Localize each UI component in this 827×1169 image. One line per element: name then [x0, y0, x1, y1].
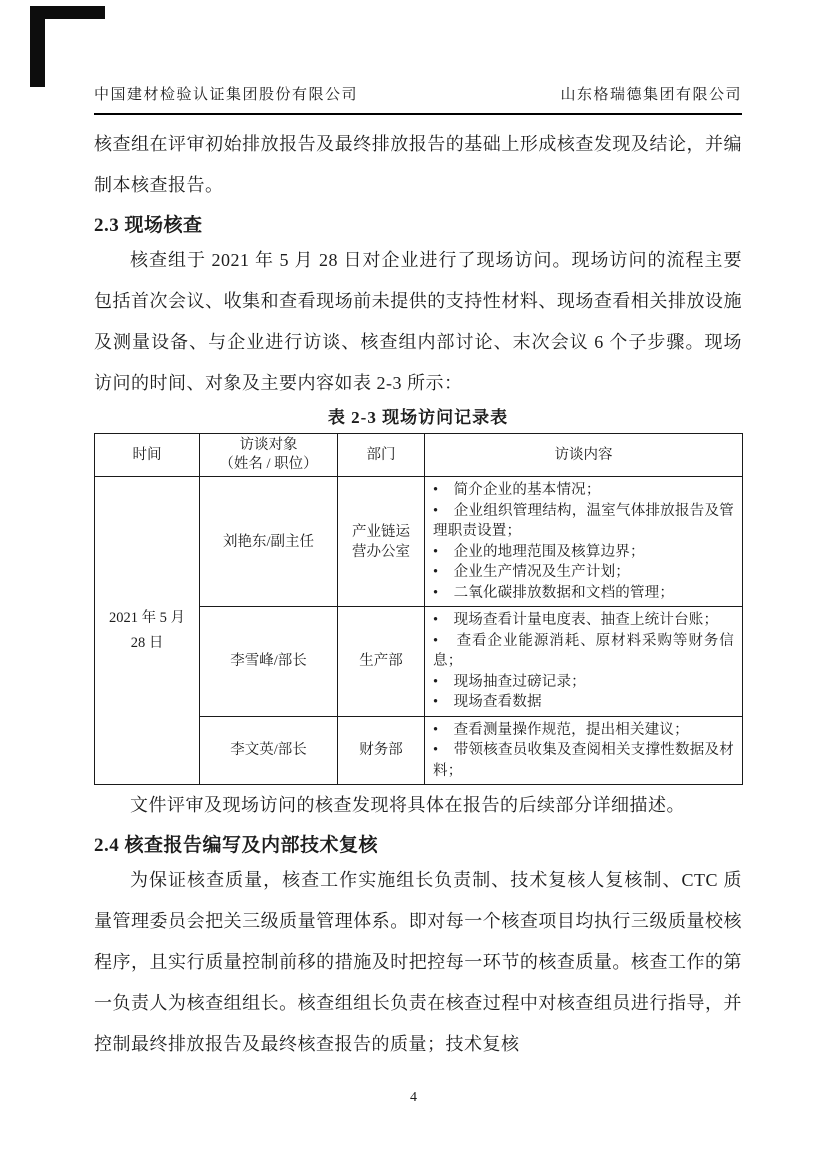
table-2-3-title: 表 2-3 现场访问记录表	[94, 405, 742, 431]
interviewee-name: 刘艳东/副主任	[200, 477, 338, 607]
bullet-item: 现场抽查过磅记录；	[433, 672, 734, 693]
page-content: 中国建材检验认证集团股份有限公司 山东格瑞德集团有限公司 核查组在评审初始排放报…	[94, 0, 742, 1065]
interviewee-name: 李雪峰/部长	[200, 607, 338, 717]
col-header-content: 访谈内容	[425, 434, 743, 477]
interviewee-name: 李文英/部长	[200, 716, 338, 785]
col-header-subject-line1: 访谈对象	[202, 436, 335, 455]
bullet-item: 简介企业的基本情况；	[433, 480, 734, 501]
scan-artifact-corner-mark	[30, 6, 105, 87]
bullet-item: 企业的地理范围及核算边界；	[433, 542, 734, 563]
bullet-item: 带领核查员收集及查阅相关支撑性数据及材料；	[433, 740, 734, 781]
bullet-item: 查看测量操作规范，提出相关建议；	[433, 720, 734, 741]
interviewee-department: 财务部	[338, 716, 425, 785]
section-2-3-heading: 2.3 现场核查	[94, 212, 742, 240]
bullet-item: 查看企业能源消耗、原材料采购等财务信息；	[433, 631, 734, 672]
bullet-item: 企业生产情况及生产计划；	[433, 562, 734, 583]
intro-paragraph: 核查组在评审初始排放报告及最终排放报告的基础上形成核查发现及结论，并编制本核查报…	[94, 124, 742, 206]
col-header-subject: 访谈对象 （姓名 / 职位）	[200, 434, 338, 477]
site-visit-record-table: 时间 访谈对象 （姓名 / 职位） 部门 访谈内容 2021 年 5 月 28 …	[94, 433, 743, 785]
post-table-paragraph: 文件评审及现场访问的核查发现将具体在报告的后续部分详细描述。	[94, 785, 742, 826]
document-page: 中国建材检验认证集团股份有限公司 山东格瑞德集团有限公司 核查组在评审初始排放报…	[0, 0, 827, 1169]
bullet-item: 现场查看计量电度表、抽查上统计台账；	[433, 610, 734, 631]
bullet-item: 现场查看数据	[433, 692, 734, 713]
page-header: 中国建材检验认证集团股份有限公司 山东格瑞德集团有限公司	[94, 86, 742, 115]
col-header-subject-line2: （姓名 / 职位）	[202, 455, 335, 474]
interview-content-cell: 现场查看计量电度表、抽查上统计台账； 查看企业能源消耗、原材料采购等财务信息； …	[425, 607, 743, 717]
section-2-4-heading: 2.4 核查报告编写及内部技术复核	[94, 832, 742, 860]
interview-content-cell: 查看测量操作规范，提出相关建议； 带领核查员收集及查阅相关支撑性数据及材料；	[425, 716, 743, 785]
bullet-item: 二氧化碳排放数据和文档的管理；	[433, 583, 734, 604]
interview-content-cell: 简介企业的基本情况； 企业组织管理结构，温室气体排放报告及管理职责设置； 企业的…	[425, 477, 743, 607]
interviewee-department: 生产部	[338, 607, 425, 717]
visit-date-cell: 2021 年 5 月 28 日	[95, 477, 200, 785]
interviewee-department: 产业链运营办公室	[338, 477, 425, 607]
bullet-item: 企业组织管理结构，温室气体排放报告及管理职责设置；	[433, 501, 734, 542]
visit-date-line2: 28 日	[99, 631, 195, 656]
col-header-time: 时间	[95, 434, 200, 477]
visit-date-line1: 2021 年 5 月	[99, 606, 195, 631]
table-row: 2021 年 5 月 28 日 刘艳东/副主任 产业链运营办公室 简介企业的基本…	[95, 477, 743, 607]
quality-control-paragraph: 为保证核查质量，核查工作实施组长负责制、技术复核人复核制、CTC 质量管理委员会…	[94, 860, 742, 1065]
table-header-row: 时间 访谈对象 （姓名 / 职位） 部门 访谈内容	[95, 434, 743, 477]
header-left-company: 中国建材检验认证集团股份有限公司	[94, 86, 358, 104]
col-header-department: 部门	[338, 434, 425, 477]
site-visit-paragraph: 核查组于 2021 年 5 月 28 日对企业进行了现场访问。现场访问的流程主要…	[94, 240, 742, 404]
page-number: 4	[0, 1090, 827, 1106]
header-right-company: 山东格瑞德集团有限公司	[560, 86, 742, 104]
